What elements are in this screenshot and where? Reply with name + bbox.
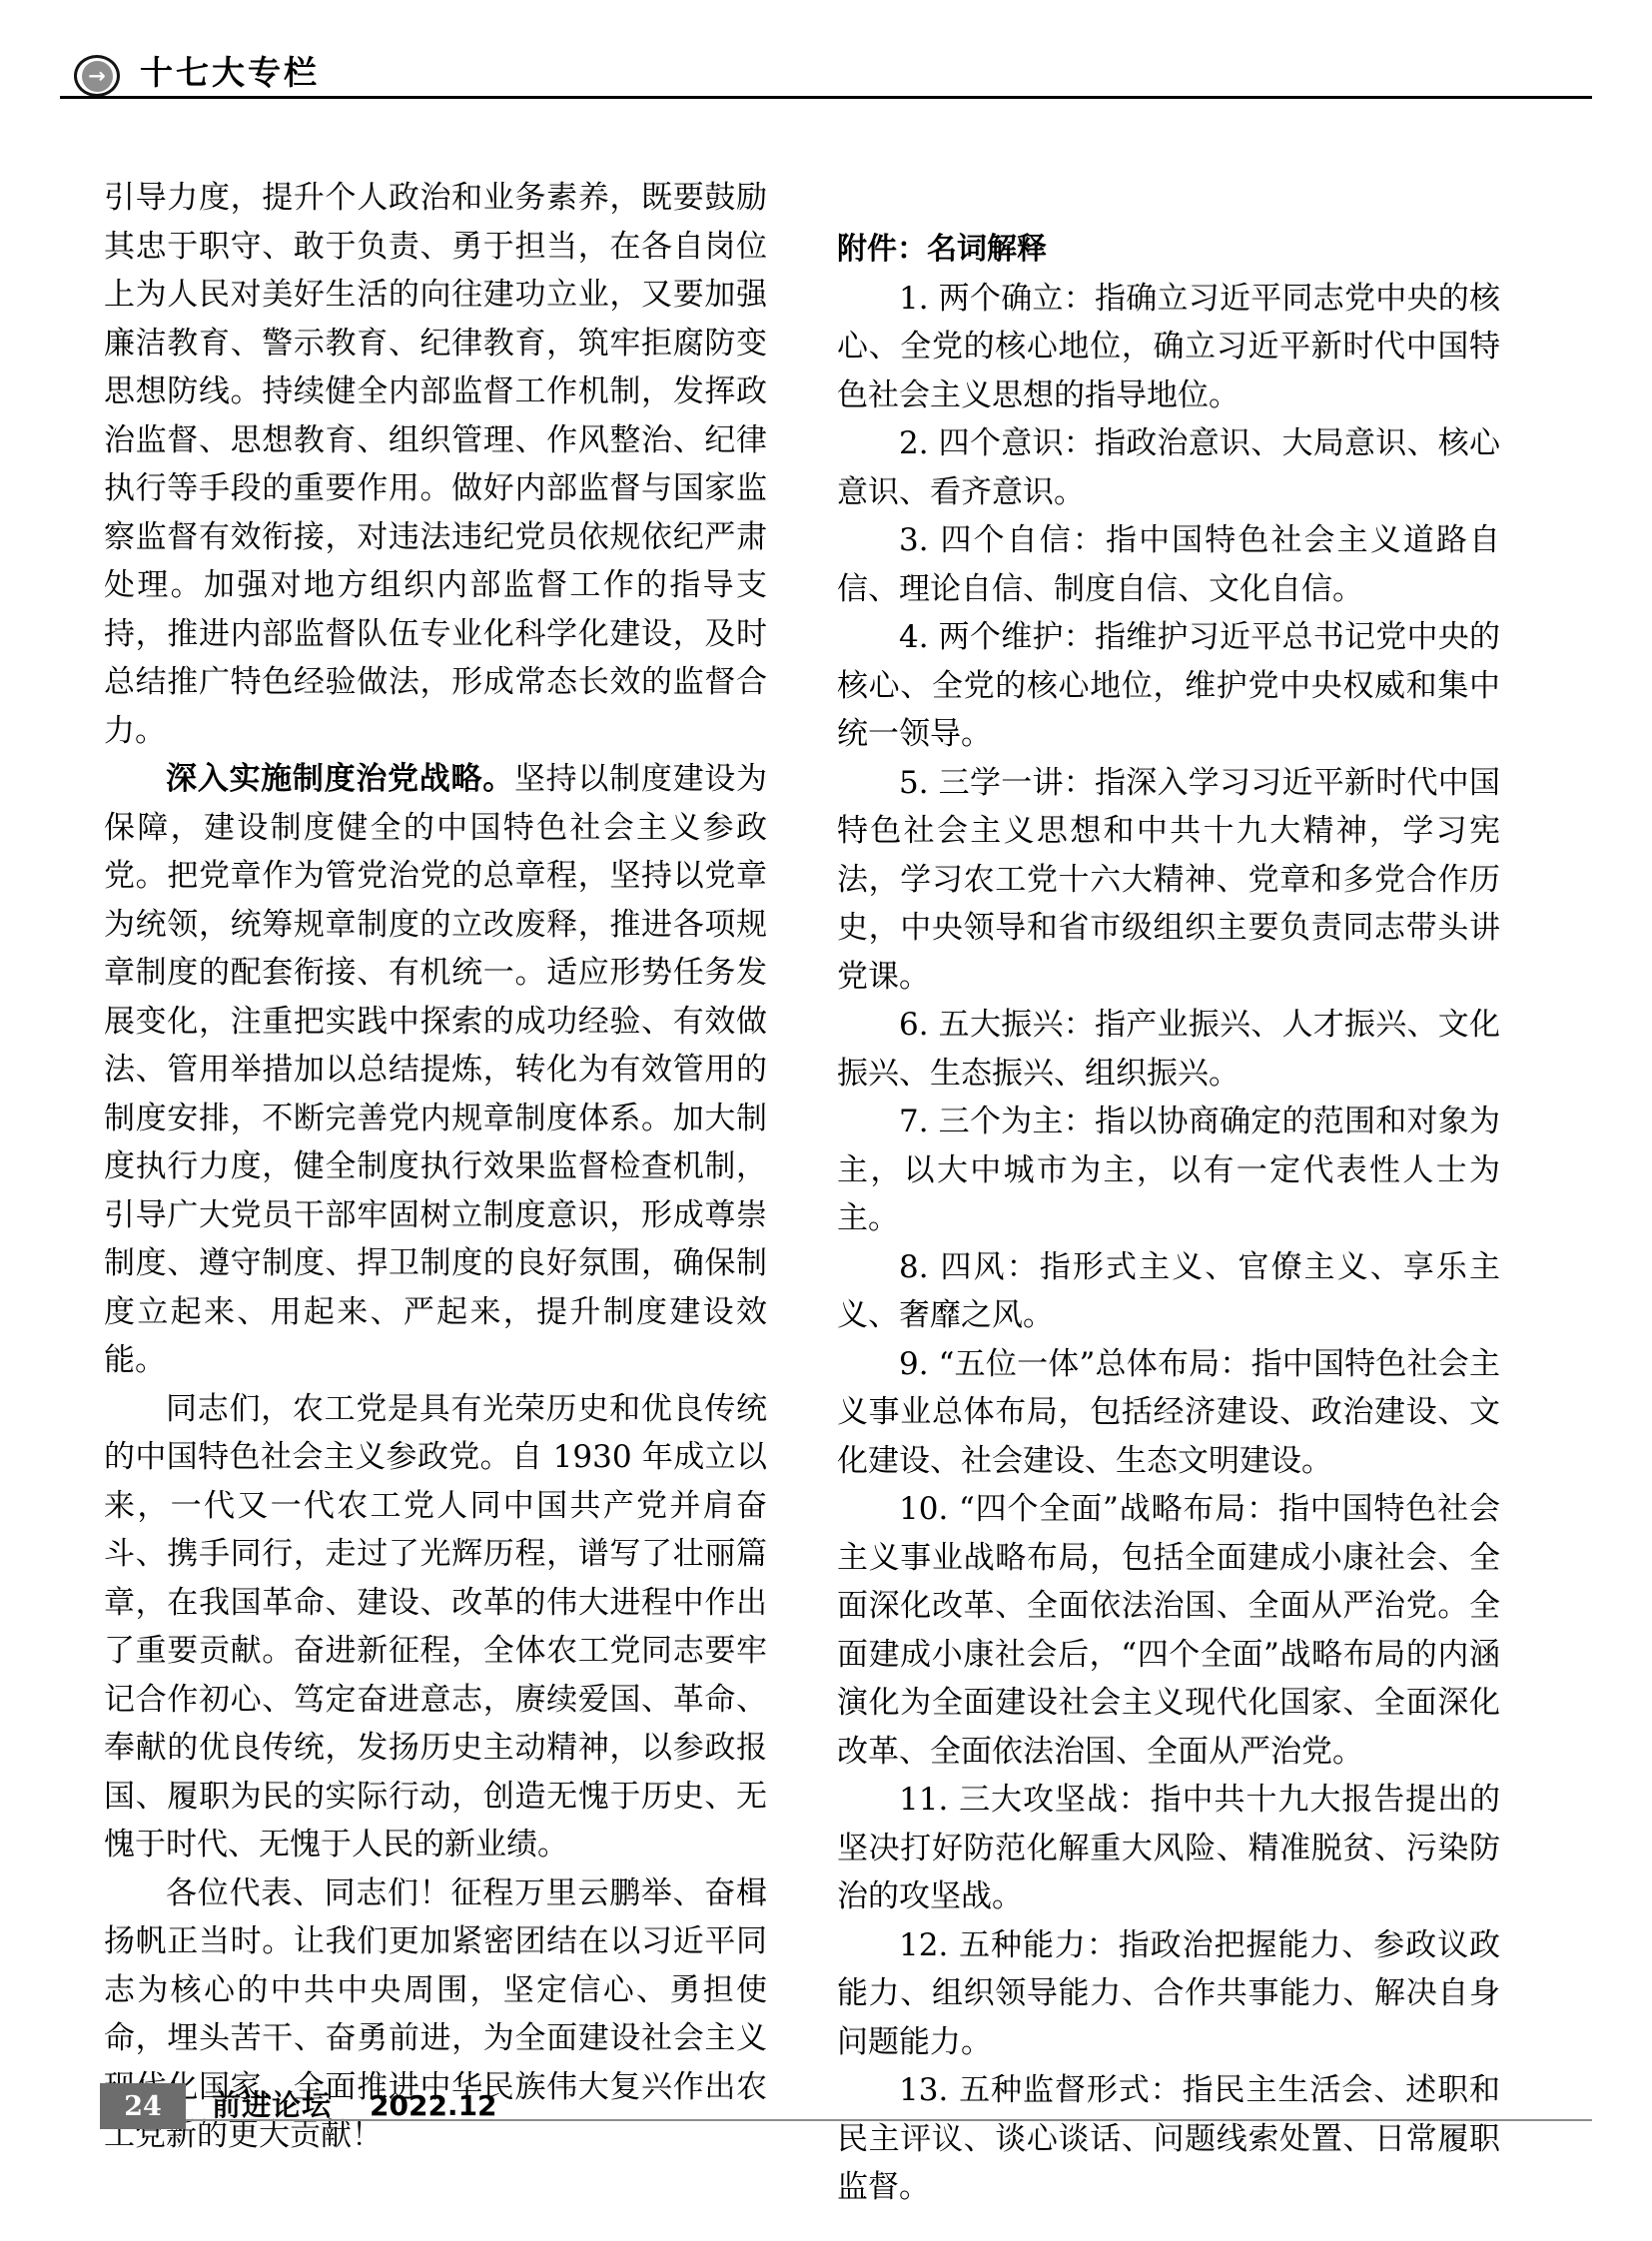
magazine-page: → 十七大专栏 引导力度，提升个人政治和业务素养，既要鼓励其忠于职守、敢于负责、…: [0, 0, 1652, 2241]
body-paragraph: 深入实施制度治党战略。坚持以制度建设为保障，建设制度健全的中国特色社会主义参政党…: [104, 755, 767, 1385]
glossary-item: 11. 三大攻坚战：指中共十九大报告提出的坚决打好防范化解重大风险、精准脱贫、污…: [837, 1776, 1500, 1921]
paragraph-lead-bold: 深入实施制度治党战略。: [166, 761, 514, 797]
left-text-column: 引导力度，提升个人政治和业务素养，既要鼓励其忠于职守、敢于负责、勇于担当，在各自…: [104, 174, 767, 2160]
glossary-item: 7. 三个为主：指以协商确定的范围和对象为主，以大中城市为主，以有一定代表性人士…: [837, 1098, 1500, 1243]
page-number-badge: 24: [100, 2083, 186, 2129]
glossary-item: 13. 五种监督形式：指民主生活会、述职和民主评议、谈心谈话、问题线索处置、日常…: [837, 2066, 1500, 2212]
glossary-item: 1. 两个确立：指确立习近平同志党中央的核心、全党的核心地位，确立习近平新时代中…: [837, 275, 1500, 420]
footer-rule: [186, 2119, 1592, 2121]
attachment-heading: 附件：名词解释: [837, 226, 1500, 275]
header-rule: [60, 96, 1592, 99]
body-paragraph: 同志们，农工党是具有光荣历史和优良传统的中国特色社会主义参政党。自 1930 年…: [104, 1385, 767, 1869]
paragraph-text: 坚持以制度建设为保障，建设制度健全的中国特色社会主义参政党。把党章作为管党治党的…: [104, 761, 767, 1378]
page-number: 24: [124, 2093, 162, 2120]
glossary-item: 10. “四个全面”战略布局：指中国特色社会主义事业战略布局，包括全面建成小康社…: [837, 1485, 1500, 1776]
circle-arrow-right-icon: →: [74, 55, 120, 97]
glossary-item: 6. 五大振兴：指产业振兴、人才振兴、文化振兴、生态振兴、组织振兴。: [837, 1001, 1500, 1098]
glossary-item: 3. 四个自信：指中国特色社会主义道路自信、理论自信、制度自信、文化自信。: [837, 516, 1500, 613]
glossary-item: 12. 五种能力：指政治把握能力、参政议政能力、组织领导能力、合作共事能力、解决…: [837, 1921, 1500, 2067]
glossary-item: 4. 两个维护：指维护习近平总书记党中央的核心、全党的核心地位，维护党中央权威和…: [837, 613, 1500, 759]
glossary-item: 9. “五位一体”总体布局：指中国特色社会主义事业总体布局，包括经济建设、政治建…: [837, 1340, 1500, 1486]
glossary-item: 2. 四个意识：指政治意识、大局意识、核心意识、看齐意识。: [837, 419, 1500, 516]
body-paragraph: 引导力度，提升个人政治和业务素养，既要鼓励其忠于职守、敢于负责、勇于担当，在各自…: [104, 174, 767, 755]
column-header-title: 十七大专栏: [140, 52, 320, 94]
glossary-item: 5. 三学一讲：指深入学习习近平新时代中国特色社会主义思想和中共十九大精神，学习…: [837, 759, 1500, 1002]
glossary-item: 8. 四风：指形式主义、官僚主义、享乐主义、奢靡之风。: [837, 1243, 1500, 1340]
paragraph-text: 同志们，农工党是具有光荣历史和优良传统的中国特色社会主义参政党。自 1930 年…: [104, 1391, 767, 1864]
paragraph-text: 引导力度，提升个人政治和业务素养，既要鼓励其忠于职守、敢于负责、勇于担当，在各自…: [104, 180, 767, 749]
arrow-right-glyph: →: [82, 61, 113, 92]
right-text-column: 附件：名词解释 1. 两个确立：指确立习近平同志党中央的核心、全党的核心地位，确…: [837, 226, 1500, 2212]
